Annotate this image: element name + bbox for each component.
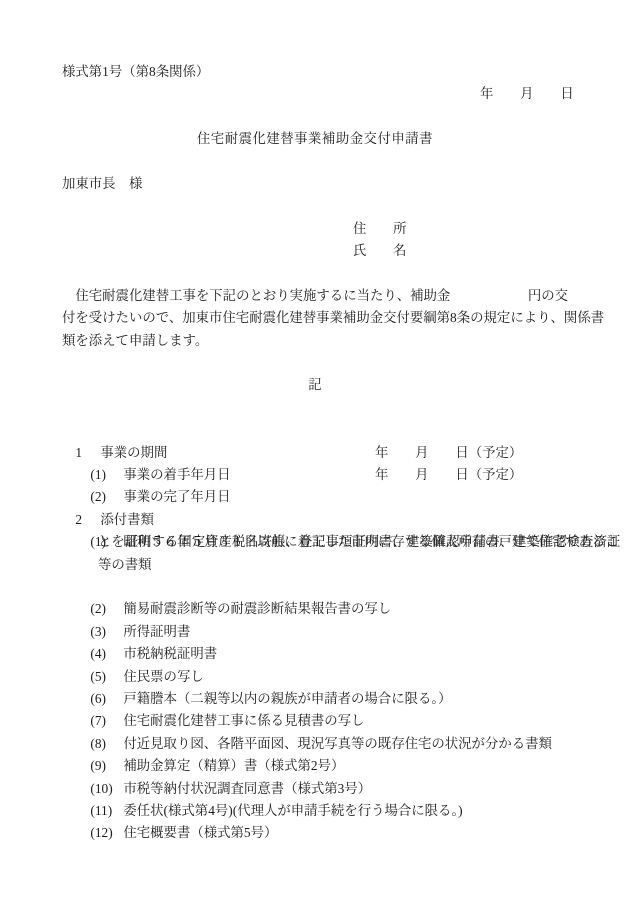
body-paragraph-line-1: 住宅耐震化建替工事を下記のとおり実施するに当たり、補助金 円の交	[62, 285, 568, 307]
body-text: 円の交	[528, 285, 568, 307]
header-date-line: 年 月 日	[62, 83, 568, 105]
section2-item-1-continued: 等の書類	[62, 554, 568, 576]
body-paragraph-line-2: 付を受けたいので、加東市住宅耐震化建替事業補助金交付要綱第8条の規定により、関係…	[62, 307, 568, 329]
body-text: 住宅耐震化建替工事を下記のとおり実施するに当たり、補助金	[62, 285, 450, 307]
section2-item-3: (3)所得証明書	[62, 598, 568, 620]
section2-item-8: (8)付近見取り図、各階平面図、現況写真等の既存住宅の状況が分かる書類	[62, 710, 568, 732]
start-date-placeholder: 年 月 日（予定）	[375, 442, 522, 464]
blank-line	[62, 195, 568, 217]
section2-item-4: (4)市税納税証明書	[62, 621, 568, 643]
form-number: 様式第1号（第8条関係）	[62, 61, 568, 83]
section2-item-1-continued: とを証明する固定資産税名寄帳、登記事項証明書、建築確認申請書、建築確認検査済証	[62, 531, 568, 553]
record-marker: 記	[62, 374, 568, 396]
blank-line	[62, 263, 568, 285]
section2-item-11: (11)委任状(様式第4号)(代理人が申請手続を行う場合に限る。)	[62, 778, 568, 800]
name-label: 氏 名	[353, 240, 407, 262]
section2-item-5: (5)住民票の写し	[62, 643, 568, 665]
application-form-page: 様式第1号（第8条関係） 年 月 日 住宅耐震化建替事業補助金交付申請書 加東市…	[0, 0, 630, 903]
section2-item-12: (12)住宅概要書（様式第5号）	[62, 800, 568, 822]
section2-item-6: (6)戸籍謄本（二親等以内の親族が申請者の場合に限る。）	[62, 666, 568, 688]
document-title: 住宅耐震化建替事業補助金交付申請書	[62, 128, 568, 150]
section2-item-9: (9)補助金算定（精算）書（様式第2号）	[62, 733, 568, 755]
blank-line	[62, 151, 568, 173]
section2-item-1: (1)昭和５６年５月３１日以前に着工した市内に存する個人所有の戸建て住宅であるこ	[62, 509, 568, 531]
address-label: 住 所	[353, 218, 407, 240]
section2-item-10: (10)市税等納付状況調査同意書（様式第3号）	[62, 755, 568, 777]
applicant-name-line: 氏 名	[62, 240, 568, 262]
section1-item-1: (1)事業の着手年月日 年 月 日（予定）	[62, 442, 568, 464]
section1-heading: 1事業の期間	[62, 419, 568, 441]
subsidy-amount-blank	[450, 285, 528, 307]
completion-date-placeholder: 年 月 日（予定）	[375, 464, 522, 486]
blank-line	[62, 106, 568, 128]
section2-heading: 2添付書類	[62, 486, 568, 508]
blank-line	[62, 397, 568, 419]
body-paragraph-line-3: 類を添えて申請します。	[62, 330, 568, 352]
header-date-placeholder: 年 月 日	[480, 83, 574, 105]
blank-line	[62, 352, 568, 374]
section1-item-2: (2)事業の完了年月日 年 月 日（予定）	[62, 464, 568, 486]
list-item-text: 住宅概要書（様式第5号）	[123, 825, 277, 840]
applicant-address-line: 住 所	[62, 218, 568, 240]
addressee: 加東市長 様	[62, 173, 568, 195]
section2-item-2: (2)簡易耐震診断等の耐震診断結果報告書の写し	[62, 576, 568, 598]
list-item-marker: (12)	[90, 822, 123, 844]
section2-item-7: (7)住宅耐震化建替工事に係る見積書の写し	[62, 688, 568, 710]
